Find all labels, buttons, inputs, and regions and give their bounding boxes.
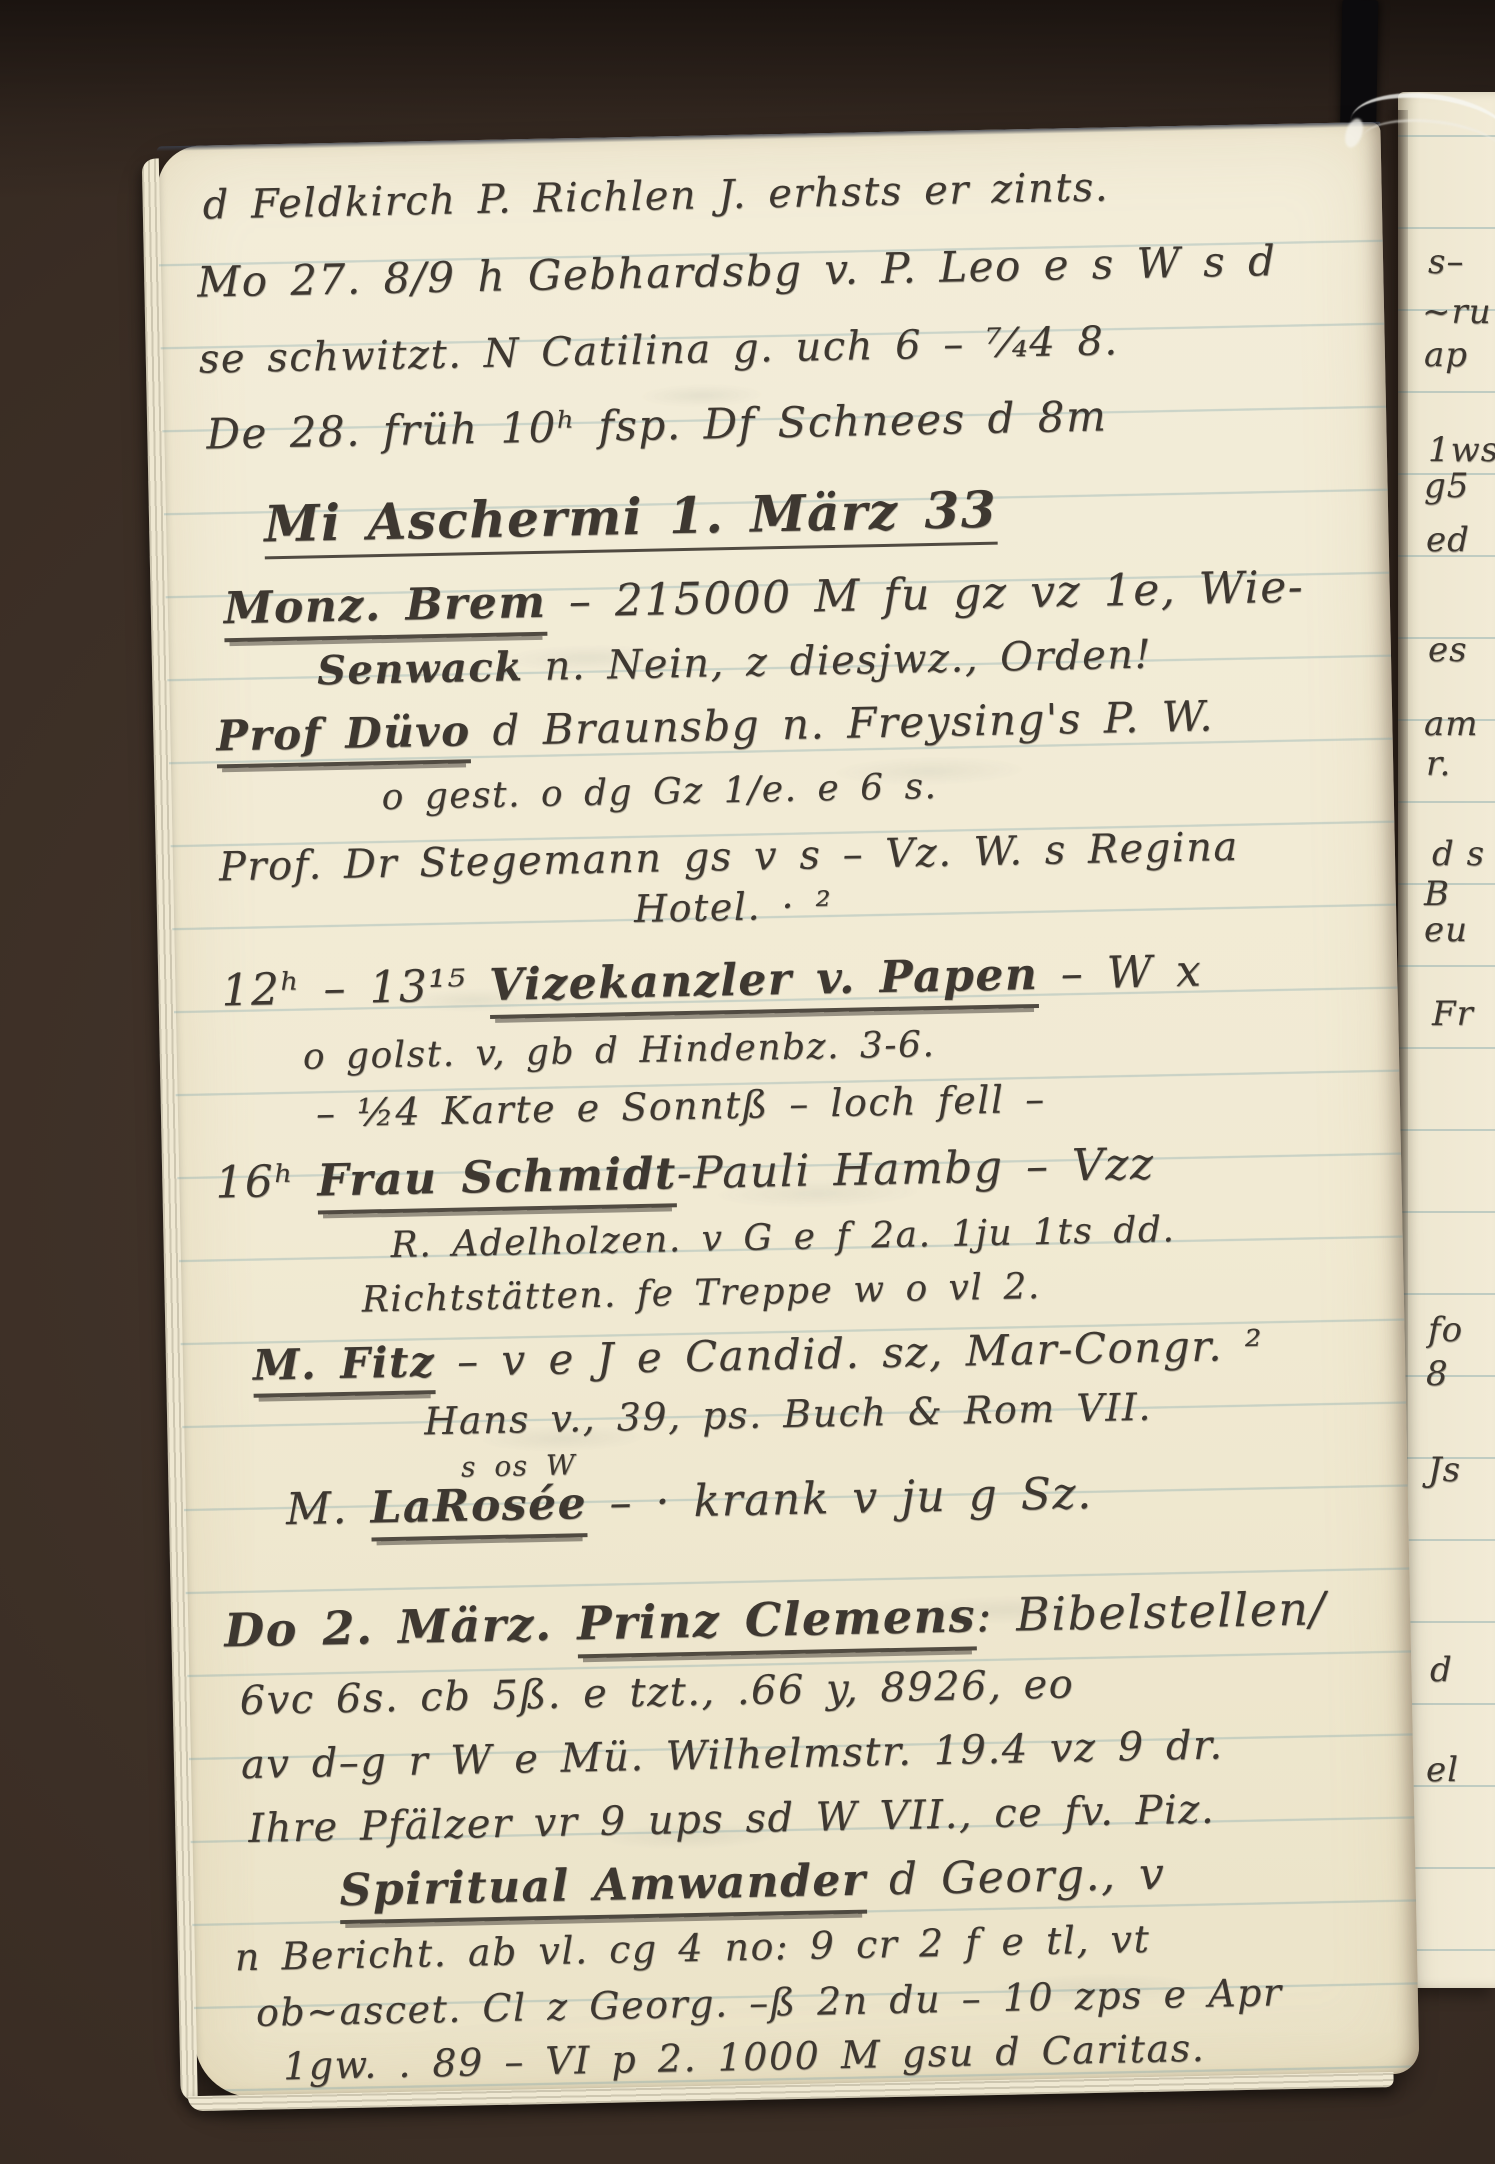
notebook-right-page: s–~ruap1wsg5edesamr.d sBeuFrfo8Jsdel — [1398, 92, 1495, 1988]
handwritten-fragment: eu — [1424, 910, 1468, 950]
handwritten-fragment: g5 — [1424, 466, 1469, 506]
handwritten-fragment: s– — [1428, 242, 1464, 282]
handwritten-fragment: B — [1424, 874, 1450, 914]
handwritten-fragment: ~ru — [1422, 292, 1492, 332]
ruled-lines-right — [1398, 92, 1495, 1988]
handwritten-fragment: d s — [1432, 834, 1485, 874]
handwritten-fragment: ed — [1426, 520, 1470, 560]
handwritten-line: Hotel. · ² — [634, 885, 833, 931]
handwritten-fragment: 8 — [1426, 1354, 1449, 1394]
handwritten-fragment: r. — [1426, 744, 1451, 784]
notebook-left-page: d Feldkirch P. Richlen J. erhsts er zint… — [157, 122, 1420, 2098]
handwritten-fragment: Js — [1428, 1450, 1461, 1490]
handwritten-fragment: Fr — [1432, 994, 1474, 1034]
handwritten-fragment: ap — [1424, 335, 1468, 375]
handwritten-fragment: es — [1428, 630, 1468, 670]
handwritten-fragment: fo — [1428, 1310, 1463, 1350]
handwritten-fragment: 1ws — [1428, 430, 1495, 470]
handwritten-fragment: el — [1426, 1750, 1459, 1790]
photo-background: s–~ruap1wsg5edesamr.d sBeuFrfo8Jsdel d F… — [0, 0, 1495, 2164]
handwritten-line: Mi Aschermi 1. März 33 — [264, 482, 998, 553]
handwritten-fragment: am — [1424, 704, 1479, 744]
handwritten-fragment: d — [1430, 1650, 1453, 1690]
